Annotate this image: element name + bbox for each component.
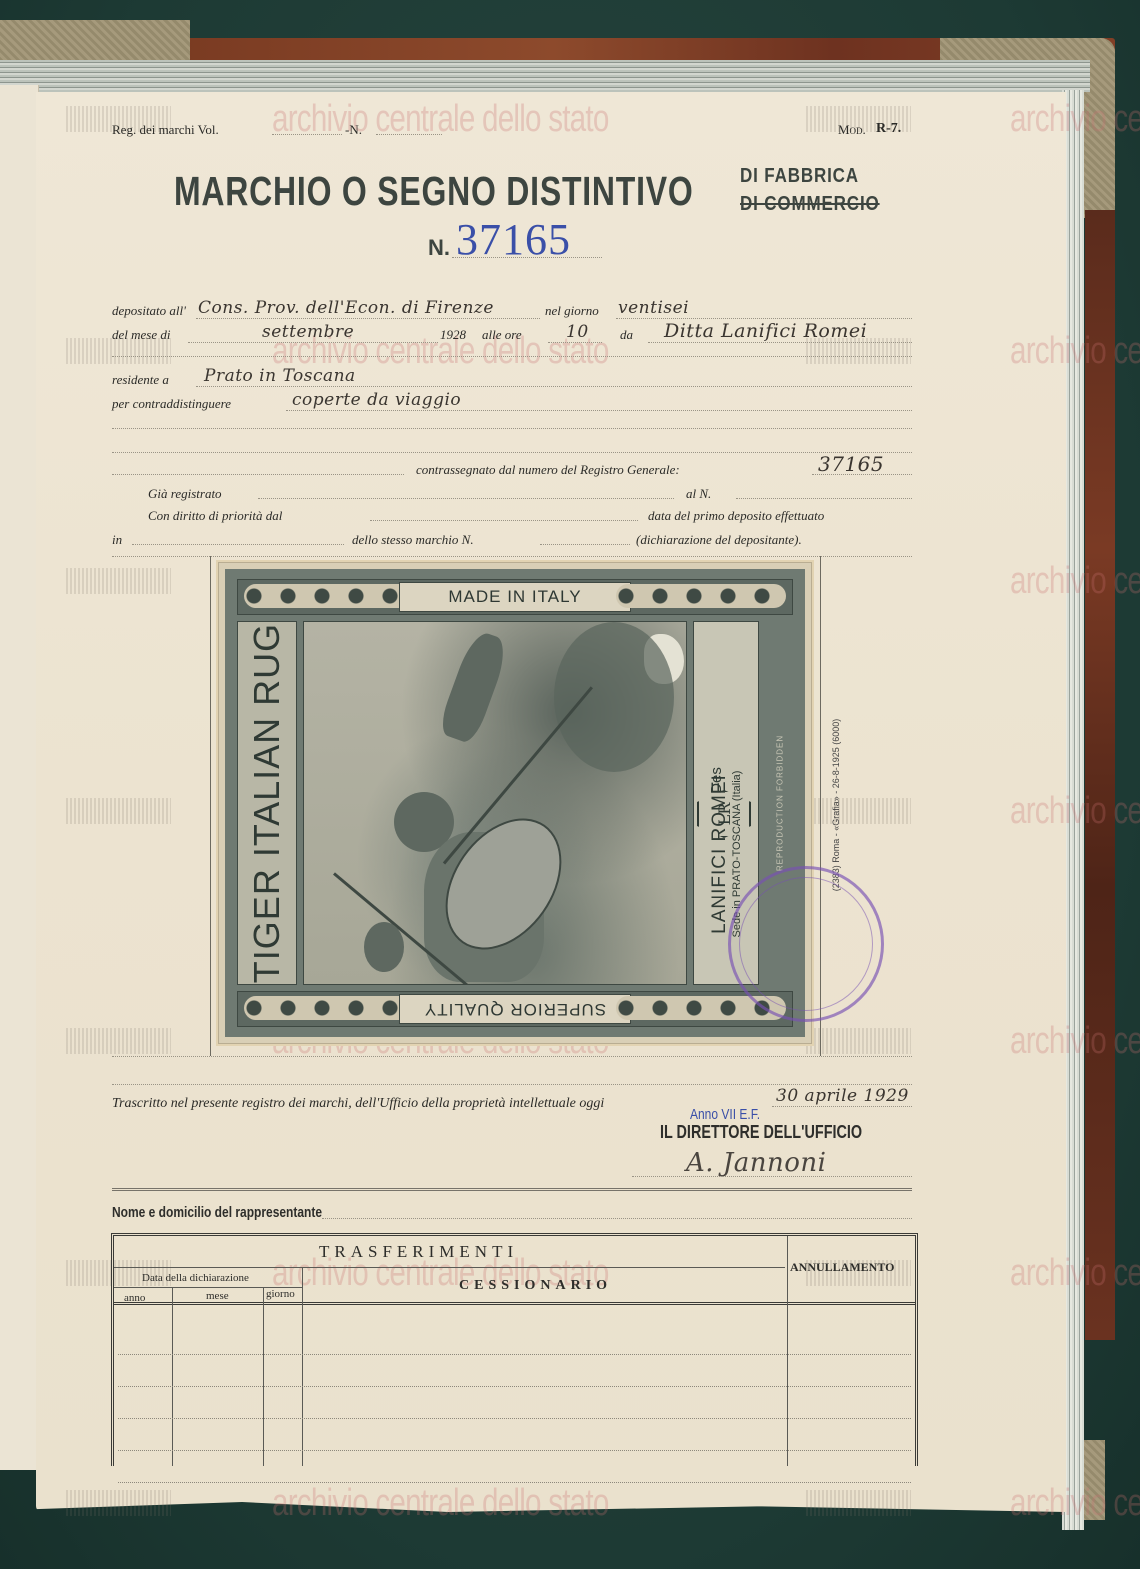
table-row[interactable] bbox=[118, 1450, 911, 1451]
transcription-date[interactable]: 30 aprile 1929 bbox=[776, 1086, 909, 1106]
purpose-label: per contraddistinguere bbox=[112, 396, 231, 412]
label-illustration-warriors-tiger bbox=[303, 621, 687, 985]
al-n-field[interactable] bbox=[736, 498, 912, 499]
column-divider bbox=[263, 1288, 264, 1466]
declaration-label: (dichiarazione del depositante). bbox=[636, 532, 802, 548]
left-page-edge bbox=[0, 85, 39, 1470]
purpose-value[interactable]: coperte da viaggio bbox=[292, 390, 461, 410]
field-line bbox=[772, 1106, 912, 1107]
label-bottom-band: SUPERIOR QUALITY bbox=[237, 991, 793, 1027]
hour-label: alle ore bbox=[482, 327, 522, 343]
trademark-label-image: MADE IN ITALY TIGER ITALIAN RUG LR Des L… bbox=[218, 562, 812, 1044]
already-registered-label: Già registrato bbox=[148, 486, 222, 502]
section-divider bbox=[112, 1188, 912, 1191]
general-register-value[interactable]: 37165 bbox=[818, 452, 884, 476]
table-rule bbox=[114, 1267, 785, 1268]
representative-field[interactable] bbox=[322, 1218, 912, 1219]
signature-line bbox=[632, 1176, 912, 1177]
year-stamp: Anno VII E.F. bbox=[690, 1106, 760, 1123]
director-signature: A. Jannoni bbox=[686, 1148, 826, 1178]
ornament-icon bbox=[616, 584, 786, 608]
field-line bbox=[196, 386, 912, 387]
label-top-band: MADE IN ITALY bbox=[237, 579, 793, 615]
field-line bbox=[616, 318, 912, 319]
label-superior-quality: SUPERIOR QUALITY bbox=[399, 994, 631, 1024]
col-annullamento: ANNULLAMENTO bbox=[790, 1260, 894, 1275]
palm-tree-figure bbox=[554, 622, 674, 772]
model-label: Mod. bbox=[838, 122, 866, 138]
table-header-divider bbox=[114, 1302, 915, 1305]
first-deposit-label: data del primo deposito effettuato bbox=[648, 508, 824, 524]
mark-type-factory: DI FABBRICA bbox=[740, 165, 859, 188]
model-value: R-7. bbox=[876, 121, 901, 137]
director-label: IL DIRETTORE DELL'UFFICIO bbox=[660, 1122, 862, 1143]
field-line bbox=[648, 342, 912, 343]
field-line bbox=[112, 356, 912, 357]
register-number-label: -N. bbox=[345, 122, 362, 138]
table-row[interactable] bbox=[118, 1482, 911, 1483]
col-cessionario: CESSIONARIO bbox=[459, 1278, 612, 1294]
in-field[interactable] bbox=[132, 544, 344, 545]
child-figure bbox=[364, 922, 404, 972]
al-n-label: al N. bbox=[686, 486, 711, 502]
field-line bbox=[286, 410, 912, 411]
table-row[interactable] bbox=[118, 1418, 911, 1419]
register-volume-label: Reg. dei marchi Vol. bbox=[112, 122, 219, 138]
col-giorno: giorno bbox=[266, 1288, 295, 1300]
month-value[interactable]: settembre bbox=[262, 322, 354, 342]
book-cover-right bbox=[1085, 210, 1115, 1340]
field-line bbox=[112, 1056, 912, 1057]
label-frame: MADE IN ITALY TIGER ITALIAN RUG LR Des L… bbox=[225, 569, 805, 1037]
volume-field[interactable] bbox=[272, 134, 342, 135]
from-label: da bbox=[620, 327, 633, 343]
page-title: MARCHIO O SEGNO DISTINTIVO bbox=[174, 168, 694, 215]
field-line bbox=[196, 318, 540, 319]
year-value: 1928 bbox=[440, 327, 466, 343]
label-brand-name: TIGER ITALIAN RUG bbox=[246, 623, 288, 983]
margin-rule bbox=[210, 556, 211, 1056]
from-value[interactable]: Ditta Lanifici Romei bbox=[664, 320, 867, 342]
priority-field[interactable] bbox=[370, 520, 638, 521]
column-divider bbox=[172, 1288, 173, 1466]
field-line bbox=[112, 428, 912, 429]
label-reproduction-notice: REPRODUCTION FORBIDDEN bbox=[776, 735, 785, 871]
register-number-field[interactable] bbox=[376, 134, 442, 135]
col-mese: mese bbox=[206, 1290, 229, 1302]
column-divider bbox=[302, 1267, 303, 1466]
field-line bbox=[112, 452, 912, 453]
ornament-icon bbox=[244, 584, 414, 608]
month-label: del mese di bbox=[112, 327, 170, 343]
mark-number-line bbox=[452, 257, 602, 258]
table-title: TRASFERIMENTI bbox=[319, 1242, 518, 1262]
table-row[interactable] bbox=[118, 1354, 911, 1355]
transfers-table: TRASFERIMENTI Data della dichiarazione a… bbox=[111, 1233, 918, 1466]
already-registered-field[interactable] bbox=[258, 498, 674, 499]
hour-value[interactable]: 10 bbox=[566, 322, 589, 342]
general-register-label: contrassegnato dal numero del Registro G… bbox=[416, 462, 680, 478]
field-line bbox=[112, 1084, 912, 1085]
in-label: in bbox=[112, 532, 122, 548]
resident-label: residente a bbox=[112, 372, 169, 388]
day-value[interactable]: ventisei bbox=[618, 298, 689, 318]
deposited-label: depositato all' bbox=[112, 303, 186, 319]
printer-imprint-text: (2383) Roma - «Grafia» - 26-8-1925 (6000… bbox=[831, 719, 841, 892]
priority-label: Con diritto di priorità dal bbox=[148, 508, 282, 524]
same-mark-label: dello stesso marchio N. bbox=[352, 532, 474, 548]
label-made-in-italy: MADE IN ITALY bbox=[399, 582, 631, 612]
transcription-text: Trascritto nel presente registro dei mar… bbox=[112, 1096, 604, 1112]
table-row[interactable] bbox=[118, 1386, 911, 1387]
resident-value[interactable]: Prato in Toscana bbox=[204, 366, 356, 386]
same-mark-field[interactable] bbox=[540, 544, 630, 545]
mark-type-commerce-struck: DI COMMERCIO bbox=[740, 193, 880, 216]
ornament-icon bbox=[244, 996, 414, 1020]
field-line bbox=[112, 556, 912, 557]
field-line bbox=[188, 342, 438, 343]
column-divider bbox=[787, 1236, 788, 1466]
field-line bbox=[112, 474, 404, 475]
date-group-label: Data della dichiarazione bbox=[142, 1272, 249, 1284]
field-line bbox=[812, 474, 912, 475]
deposited-value[interactable]: Cons. Prov. dell'Econ. di Firenze bbox=[198, 298, 494, 318]
label-left-panel: TIGER ITALIAN RUG bbox=[237, 621, 297, 985]
tiger-figure bbox=[436, 628, 511, 745]
page-edges-top bbox=[0, 60, 1090, 92]
field-line bbox=[548, 342, 602, 343]
day-label: nel giorno bbox=[545, 303, 599, 319]
representative-label: Nome e domicilio del rappresentante bbox=[112, 1204, 322, 1221]
label-company: LANIFICI ROMEI bbox=[709, 770, 731, 937]
ministry-stamp-icon bbox=[728, 866, 884, 1022]
mark-number-prefix: N. bbox=[428, 235, 450, 261]
